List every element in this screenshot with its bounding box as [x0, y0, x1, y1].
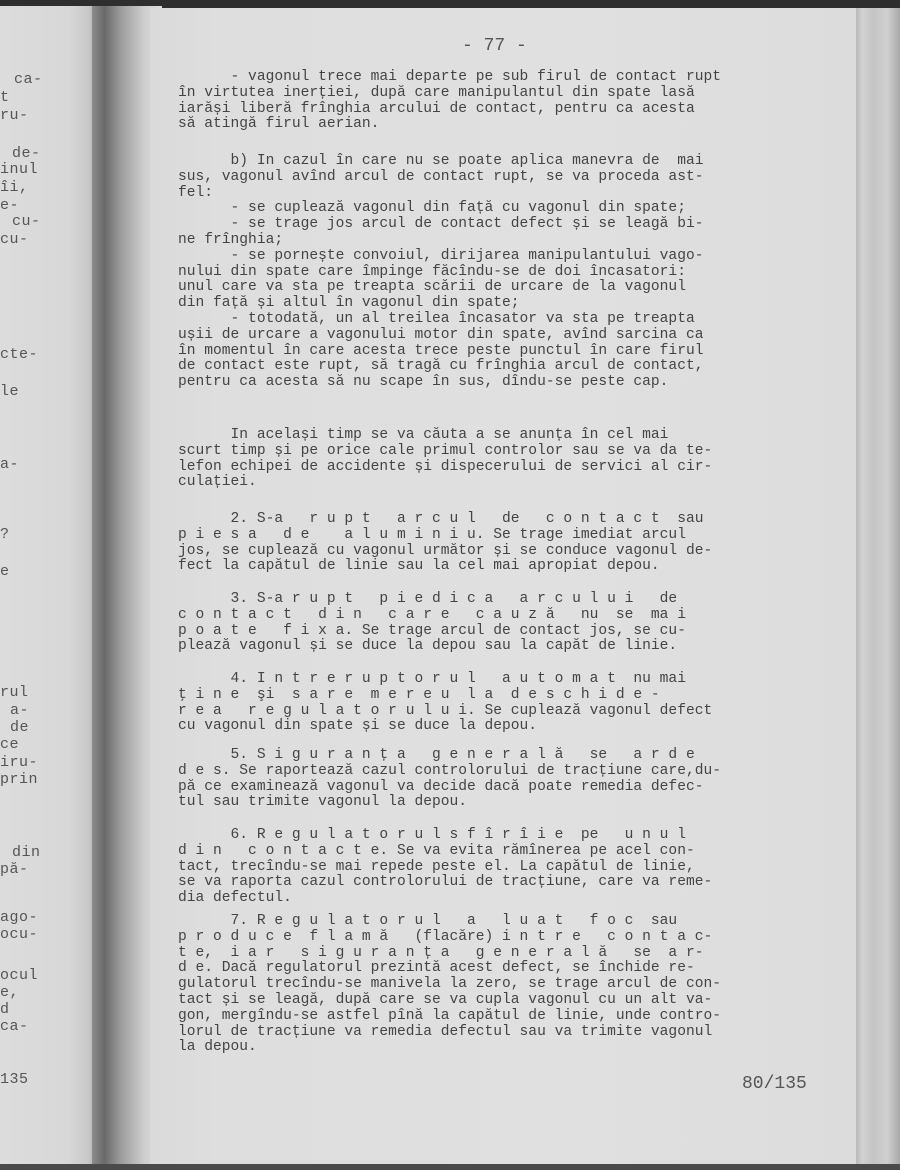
text-line: lorul de tracțiune va remedia defectul s… — [178, 1025, 838, 1041]
text-line: dia defectul. — [178, 891, 838, 907]
page-number: - 77 - — [462, 36, 527, 56]
left-page-fragment: 135 — [0, 1072, 29, 1087]
text-line: cu vagonul din spate și se duce la depou… — [178, 719, 838, 735]
text-line: 6. R e g u l a t o r u l s f î r î i e p… — [178, 828, 838, 844]
left-page-fragment: ocu- — [0, 927, 38, 942]
text-line: plează vagonul și se duce la depou sau l… — [178, 639, 838, 655]
text-line: jos, se cuplează cu vagonul următor și s… — [178, 544, 838, 560]
page-stack-edge — [856, 8, 900, 1170]
text-line: - se trage jos arcul de contact defect ș… — [178, 217, 838, 233]
paragraph-case-b: b) In cazul în care nu se poate aplica m… — [178, 154, 838, 391]
left-page-fragment: rul — [0, 685, 29, 700]
item-6-regulator-sizzle: 6. R e g u l a t o r u l s f î r î i e p… — [178, 828, 838, 907]
left-page-fragment: de — [10, 720, 29, 735]
left-page-fragment: cu- — [0, 232, 29, 247]
left-page-fragment: a- — [0, 457, 19, 472]
text-line: 3. S-a r u p t p i e d i c a a r c u l u… — [178, 592, 838, 608]
text-line: p i e s a d e a l u m i n i u. Se trage … — [178, 528, 838, 544]
text-line: 5. S i g u r a n ț a g e n e r a l ă se … — [178, 748, 838, 764]
left-page-fragment: din — [12, 845, 41, 860]
text-line: - se cuplează vagonul din față cu vagonu… — [178, 201, 838, 217]
text-line: 7. R e g u l a t o r u l a l u a t f o c… — [178, 914, 838, 930]
left-page-fragment: ? — [0, 527, 10, 542]
text-line: 2. S-a r u p t a r c u l de c o n t a c … — [178, 512, 838, 528]
text-line: la depou. — [178, 1040, 838, 1056]
text-line: d e s. Se raportează cazul controlorului… — [178, 764, 838, 780]
text-line: în virtutea inerției, după care manipula… — [178, 86, 838, 102]
text-line: fel: — [178, 186, 838, 202]
text-line: r e a r e g u l a t o r u l u i. Se cupl… — [178, 704, 838, 720]
text-line: ţ i n e şi s a r e m e r e u l a d e s c… — [178, 688, 838, 704]
text-line: d e. Dacă regulatorul prezintă acest def… — [178, 961, 838, 977]
left-page-fragment: prin — [0, 772, 38, 787]
item-2-broken-arc: 2. S-a r u p t a r c u l de c o n t a c … — [178, 512, 838, 575]
text-line: gulatorul trecîndu-se manivela la zero, … — [178, 977, 838, 993]
text-line: c o n t a c t d i n c a r e c a u z ă nu… — [178, 608, 838, 624]
text-line: fect la capătul de linie sau la cel mai … — [178, 559, 838, 575]
text-line: b) In cazul în care nu se poate aplica m… — [178, 154, 838, 170]
left-page-fragment: a- — [10, 703, 29, 718]
text-line: de contact este rupt, să tragă cu frîngh… — [178, 359, 838, 375]
left-page-fragment: cte- — [0, 347, 38, 362]
left-page-fragment: le — [0, 384, 19, 399]
text-line: - se pornește convoiul, dirijarea manipu… — [178, 249, 838, 265]
scan-bottom-edge — [0, 1164, 900, 1170]
left-page-fragment: ocul — [0, 968, 38, 983]
left-page-fragment: ca- — [14, 72, 43, 87]
text-line: tact, trecîndu-se mai repede peste el. L… — [178, 860, 838, 876]
text-line: unul care va sta pe treapta scării de ur… — [178, 280, 838, 296]
paragraph-continuation: - vagonul trece mai departe pe sub firul… — [178, 70, 838, 133]
text-line: pă ce examinează vagonul va decide dacă … — [178, 780, 838, 796]
text-line: - totodată, un al treilea încasator va s… — [178, 312, 838, 328]
footer-page-count: 80/135 — [742, 1074, 807, 1094]
item-4-breaker: 4. I n t r e r u p t o r u l a u t o m a… — [178, 672, 838, 735]
item-5-general-fuse: 5. S i g u r a n ț a g e n e r a l ă se … — [178, 748, 838, 811]
left-page-fragment: e — [0, 564, 10, 579]
text-line: 4. I n t r e r u p t o r u l a u t o m a… — [178, 672, 838, 688]
left-page-fragment: ce — [0, 737, 19, 752]
text-line: din față și altul în vagonul din spate; — [178, 296, 838, 312]
text-line: nului din spate care împinge făcîndu-se … — [178, 265, 838, 281]
text-line: p r o d u c e f l a m ă (flacăre) i n t … — [178, 930, 838, 946]
item-7-regulator-fire: 7. R e g u l a t o r u l a l u a t f o c… — [178, 914, 838, 1056]
item-3-broken-latch: 3. S-a r u p t p i e d i c a a r c u l u… — [178, 592, 838, 655]
text-line: iarăși liberă frînghia arcului de contac… — [178, 102, 838, 118]
left-page-fragment: inul — [0, 162, 38, 177]
left-page-fragment: e- — [0, 198, 19, 213]
left-page-fragment: ago- — [0, 910, 38, 925]
text-line: se va raporta cazul controlorului de tra… — [178, 875, 838, 891]
left-page-fragment: cu- — [12, 214, 41, 229]
left-page-fragment: pă- — [0, 862, 29, 877]
paragraph-announce: In același timp se va căuta a se anunța … — [178, 428, 838, 491]
text-line: In același timp se va căuta a se anunța … — [178, 428, 838, 444]
text-line: sus, vagonul avînd arcul de contact rupt… — [178, 170, 838, 186]
text-line: în momentul în care acesta trece peste p… — [178, 344, 838, 360]
left-page-fragment: d — [0, 1002, 10, 1017]
left-page-fragment: ru- — [0, 108, 29, 123]
text-line: scurt timp și pe orice cale primul contr… — [178, 444, 838, 460]
text-line: lefon echipei de accidente și dispecerul… — [178, 460, 838, 476]
left-page-fragment: ca- — [0, 1019, 29, 1034]
text-line: p o a t e f i x a. Se trage arcul de con… — [178, 624, 838, 640]
text-line: culației. — [178, 475, 838, 491]
text-line: să atingă firul aerian. — [178, 117, 838, 133]
text-line: t e, i a r s i g u r a n ț a g e n e r a… — [178, 946, 838, 962]
text-line: - vagonul trece mai departe pe sub firul… — [178, 70, 838, 86]
text-line: d i n c o n t a c t e. Se va evita rămîn… — [178, 844, 838, 860]
text-line: pentru ca acesta să nu scape în sus, dîn… — [178, 375, 838, 391]
left-page-fragment: îi, — [0, 180, 29, 195]
left-page-fragment: iru- — [0, 755, 38, 770]
text-line: ușii de urcare a vagonului motor din spa… — [178, 328, 838, 344]
text-line: tact și se leagă, după care se va cupla … — [178, 993, 838, 1009]
left-page-fragment: e, — [0, 985, 19, 1000]
left-page-fragment: t — [0, 90, 10, 105]
text-line: ne frînghia; — [178, 233, 838, 249]
left-page-fragment: de- — [12, 146, 41, 161]
text-line: gon, mergîndu-se astfel pînă la capătul … — [178, 1009, 838, 1025]
text-line: tul sau trimite vagonul la depou. — [178, 795, 838, 811]
